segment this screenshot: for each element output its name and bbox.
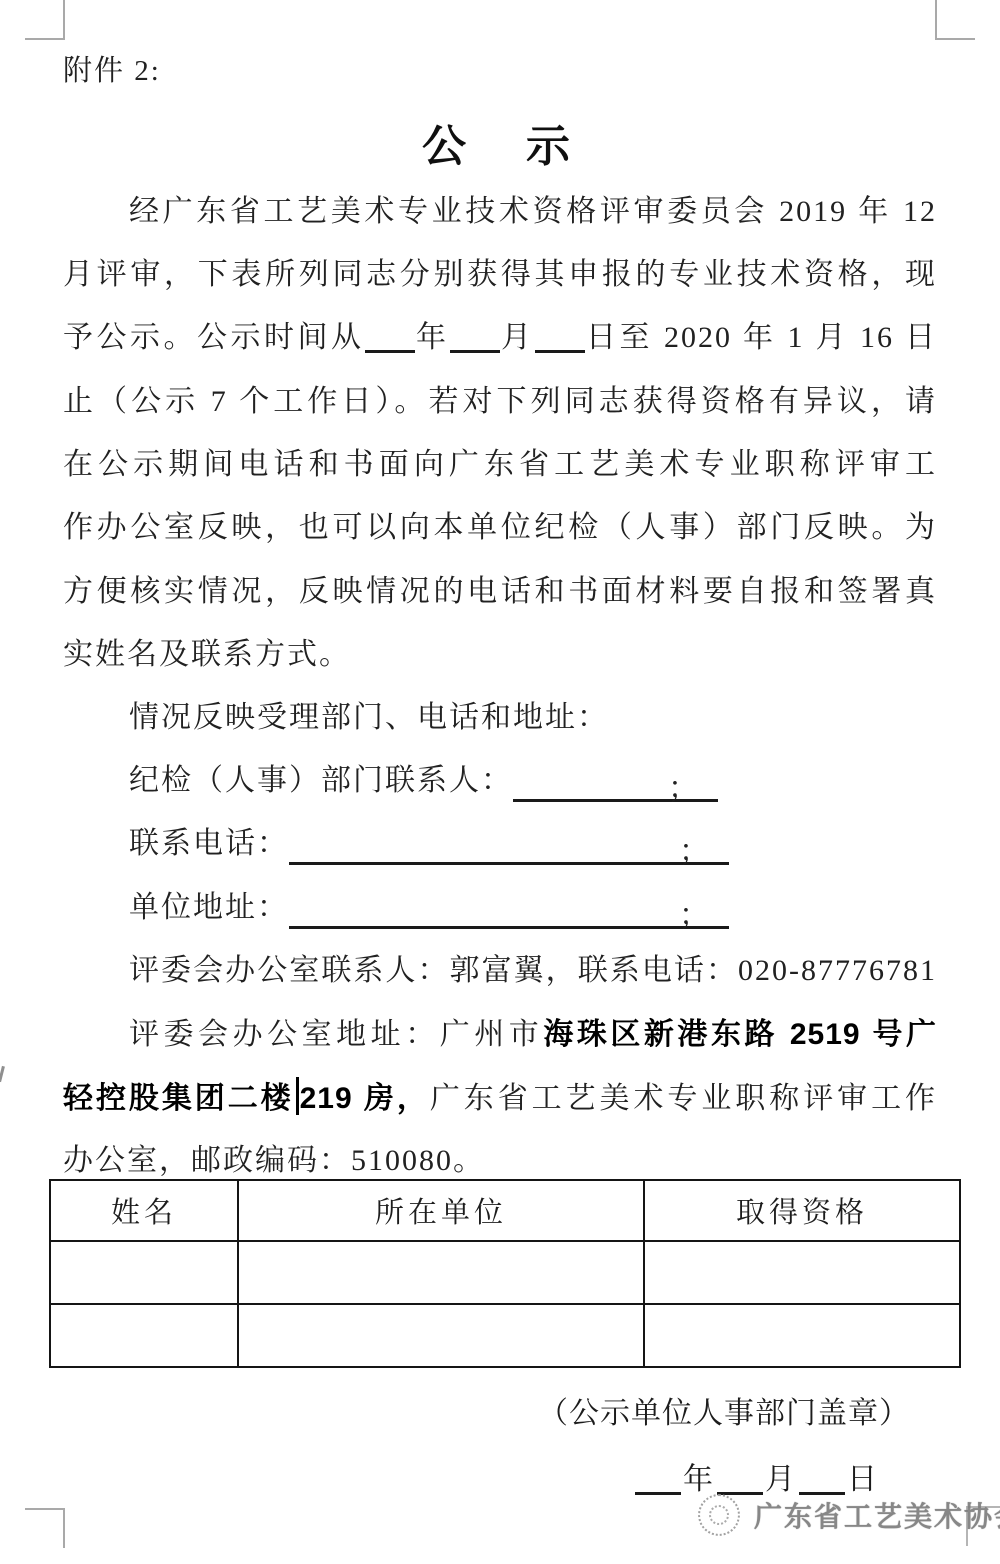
committee-address-inserted-text: 219 房， bbox=[300, 1082, 430, 1115]
contact-heading: 情况反映受理部门、电话和地址： bbox=[129, 697, 937, 739]
table-row bbox=[50, 1241, 960, 1304]
attachment-label: 附件 2: bbox=[63, 48, 161, 89]
results-table: 姓名 所在单位 取得资格 bbox=[49, 1179, 961, 1368]
blank-month-field bbox=[450, 330, 500, 353]
committee-address-prefix: 评委会办公室地址：广州市 bbox=[129, 1018, 543, 1051]
committee-address-line-3: 办公室，邮政编码：510080。 bbox=[63, 1140, 937, 1182]
body-line-1: 经广东省工艺美术专业技术资格评审委员会 2019 年 12 bbox=[129, 191, 937, 233]
committee-address-inserted-text: 轻控股集团二楼 bbox=[63, 1082, 294, 1115]
body-line-4: 止（公示 7 个工作日）。若对下列同志获得资格有异议，请 bbox=[63, 381, 937, 423]
table-cell bbox=[644, 1241, 960, 1304]
body-line-3-text: 予公示。公示时间从 bbox=[63, 321, 365, 354]
unit-address-blank-field: ； bbox=[289, 895, 729, 929]
signature-date-line: 年月日 bbox=[633, 1454, 879, 1498]
body-line-3: 予公示。公示时间从年月日至 2020 年 1 月 16 日 bbox=[63, 317, 937, 359]
unit-address-line: 单位地址：； bbox=[129, 887, 937, 929]
blank-day-field bbox=[799, 1472, 845, 1495]
day-label: 日 bbox=[847, 1463, 879, 1496]
page-corner-mark-top-left bbox=[25, 0, 65, 40]
body-line-3-tail: 日至 2020 年 1 月 16 日 bbox=[585, 321, 938, 354]
page-title: 公 示 bbox=[0, 110, 1000, 174]
committee-address-line-1: 评委会办公室地址：广州市海珠区新港东路 2519 号广 bbox=[129, 1014, 937, 1056]
discipline-contact-line: 纪检（人事）部门联系人：； bbox=[129, 760, 937, 802]
table-header-row: 姓名 所在单位 取得资格 bbox=[50, 1180, 960, 1241]
blank-day-field bbox=[535, 330, 585, 353]
page-corner-mark-bottom-left bbox=[25, 1508, 65, 1548]
body-line-6: 作办公室反映，也可以向本单位纪检（人事）部门反映。为 bbox=[63, 507, 937, 549]
table-header-qualification: 取得资格 bbox=[644, 1180, 960, 1241]
announcement-document-page: 附件 2: 公 示 经广东省工艺美术专业技术资格评审委员会 2019 年 12 … bbox=[0, 0, 1000, 1564]
body-line-8: 实姓名及联系方式。 bbox=[63, 634, 937, 676]
association-watermark: 广东省工艺美术协会 bbox=[698, 1494, 1000, 1536]
semicolon-mark: ； bbox=[668, 772, 700, 805]
table-header-unit: 所在单位 bbox=[238, 1180, 644, 1241]
year-label: 年 bbox=[683, 1463, 715, 1496]
table-row bbox=[50, 1304, 960, 1367]
phone-blank-field: ； bbox=[289, 831, 729, 865]
semicolon-mark: ； bbox=[679, 835, 711, 868]
watermark-text: 广东省工艺美术协会 bbox=[754, 1495, 1000, 1535]
month-label: 月 bbox=[765, 1463, 797, 1496]
page-corner-mark-top-right bbox=[935, 0, 975, 40]
table-cell bbox=[50, 1241, 238, 1304]
blank-year-field bbox=[635, 1472, 681, 1495]
body-line-5: 在公示期间电话和书面向广东省工艺美术专业职称评审工 bbox=[63, 444, 937, 486]
body-line-7: 方便核实情况，反映情况的电话和书面材料要自报和签署真 bbox=[63, 571, 937, 613]
table-cell bbox=[644, 1304, 960, 1367]
table-cell bbox=[50, 1304, 238, 1367]
discipline-contact-label: 纪检（人事）部门联系人： bbox=[129, 764, 513, 797]
committee-address-line-2: 轻控股集团二楼219 房，广东省工艺美术专业职称评审工作 bbox=[63, 1077, 937, 1120]
table-header-name: 姓名 bbox=[50, 1180, 238, 1241]
blank-year-field bbox=[365, 330, 415, 353]
body-line-2: 月评审，下表所列同志分别获得其申报的专业技术资格，现 bbox=[63, 254, 937, 296]
blank-month-field bbox=[717, 1472, 763, 1495]
committee-contact-line: 评委会办公室联系人：郭富翼，联系电话：020-87776781 bbox=[129, 950, 937, 992]
month-label: 月 bbox=[500, 321, 535, 354]
phone-line: 联系电话：； bbox=[129, 823, 937, 865]
semicolon-mark: ； bbox=[679, 899, 711, 932]
table-cell bbox=[238, 1304, 644, 1367]
unit-address-label: 单位地址： bbox=[129, 891, 289, 924]
discipline-contact-blank-field: ； bbox=[513, 768, 718, 802]
stamp-note: （公示单位人事部门盖章） bbox=[63, 1388, 910, 1432]
committee-address-rest: 广东省工艺美术专业职称评审工作 bbox=[430, 1082, 937, 1115]
phone-label: 联系电话： bbox=[129, 827, 289, 860]
table-cell bbox=[238, 1241, 644, 1304]
text-caret bbox=[296, 1077, 299, 1115]
year-label: 年 bbox=[415, 321, 450, 354]
association-logo-icon bbox=[698, 1494, 740, 1536]
left-edge-mark bbox=[0, 1066, 5, 1082]
committee-address-inserted-text: 海珠区新港东路 2519 号广 bbox=[543, 1018, 937, 1051]
